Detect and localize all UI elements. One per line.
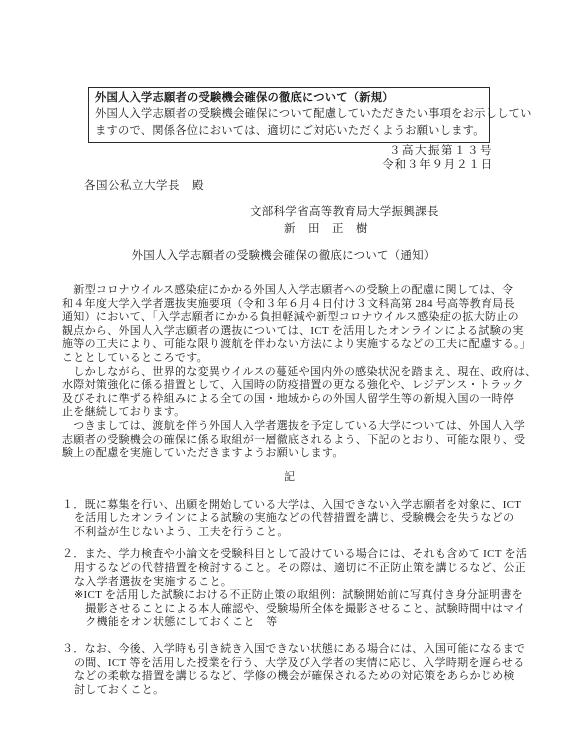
text-line: 観点から、外国人入学志願者の選抜については、ICT を活用したオンラインによる試… <box>62 325 517 339</box>
text-line: 通知）において、「入学志願者にかかる負担軽減や新型コロナウイルス感染症の拡大防止… <box>62 311 517 325</box>
text-line: ３．なお、今後、入学時も引き続き入国できない状態にある場合には、入国可能になるま… <box>62 643 517 657</box>
text-line: 志願者の受験機会の確保に係る取組が一層徹底されるよう、下記のとおり、可能な限り、… <box>62 434 517 448</box>
text-line: 止を継続しております。 <box>62 406 517 420</box>
text-line: ２．また、学力検査や小論文を受験科目として設けている場合には、それも含めて IC… <box>62 548 517 562</box>
text-line: 験上の配慮を実施していただきますようお願いします。 <box>62 447 517 461</box>
text-line: ますので、関係各位においては、適切にご対応いただくようお願いします。 <box>95 123 483 139</box>
issue-date: 令和３年９月２１日 <box>382 156 493 172</box>
list-item-1: １．既に募集を行い、出願を開始している大学は、入国できない入学志願者を対象に、I… <box>62 499 517 540</box>
text-line: ※ICT を活用した試験における不正防止策の取組例：試験開始前に写真付き身分証明… <box>62 589 517 603</box>
list-item-2: ２．また、学力検査や小論文を受験科目として設けている場合には、それも含めて IC… <box>62 548 517 630</box>
text-line: を活用したオンラインによる試験の実施などの代替措置を講じ、受験機会を失うなどの <box>62 512 517 526</box>
list-item-3: ３．なお、今後、入学時も引き続き入国できない状態にある場合には、入国可能になるま… <box>62 643 517 697</box>
text-line: １．既に募集を行い、出願を開始している大学は、入国できない入学志願者を対象に、I… <box>62 499 517 513</box>
addressee: 各国公私立大学長 殿 <box>84 177 204 193</box>
text-line: の間、ICT 等を活用した授業を行う、大学及び入学者の実情に応じ、入学時期を遅ら… <box>62 657 517 671</box>
text-line: つきましては、渡航を伴う外国人入学者選抜を予定している大学については、外国人入学 <box>62 420 517 434</box>
notice-box-text: 外国人入学志願者の受験機会確保について配慮していただきたい事項をお示ししています… <box>95 106 483 139</box>
sender-title: 文部科学省高等教育局大学振興課長 <box>250 203 439 219</box>
text-line: 新型コロナウイルス感染症にかかる外国人入学志願者への受験上の配慮に関しては、令 <box>62 284 517 298</box>
text-line: 用するなどの代替措置を検討すること。その際は、適切に不正防止策を講じるなど、公正 <box>62 562 517 576</box>
text-line: しかしながら、世界的な変異ウイルスの蔓延や国内外の感染状況を踏まえ、現在、政府は… <box>62 366 517 380</box>
sender-name: 新 田 正 樹 <box>284 220 368 236</box>
text-line: 討しておくこと。 <box>62 684 517 698</box>
text-line: こととしているところです。 <box>62 352 517 366</box>
text-line: ク機能をオン状態にしておくこと 等 <box>62 616 517 630</box>
text-line: 施等の工夫により、可能な限り渡航を伴わない方法により実施するなどの工夫に配慮する… <box>62 338 517 352</box>
document-page: 外国人入学志願者の受験機会確保の徹底について（新規） 外国人入学志願者の受験機会… <box>0 0 567 751</box>
body-paragraph-2: しかしながら、世界的な変異ウイルスの蔓延や国内外の感染状況を踏まえ、現在、政府は… <box>62 366 517 420</box>
text-line: な入学者選抜を実施すること。 <box>62 576 517 590</box>
text-line: 及びそれに準ずる枠組みによる全ての国・地域からの外国人留学生等の新規入国の一時停 <box>62 393 517 407</box>
notice-box: 外国人入学志願者の受験機会確保の徹底について（新規） 外国人入学志願者の受験機会… <box>88 87 490 143</box>
body-paragraph-1: 新型コロナウイルス感染症にかかる外国人入学志願者への受験上の配慮に関しては、令和… <box>62 284 517 366</box>
text-line: 外国人入学志願者の受験機会確保について配慮していただきたい事項をお示ししてい <box>95 106 483 122</box>
body-text: 新型コロナウイルス感染症にかかる外国人入学志願者への受験上の配慮に関しては、令和… <box>62 284 517 461</box>
record-block: 記 １．既に募集を行い、出願を開始している大学は、入国できない入学志願者を対象に… <box>62 471 517 697</box>
text-line: 撮影させることによる本人確認や、受験場所全体を撮影させること、試験時間中はマイ <box>62 603 517 617</box>
text-line: などの柔軟な措置を講じるなど、学修の機会が確保されるための対応策をあらかじめ検 <box>62 670 517 684</box>
subject-title: 外国人入学志願者の受験機会確保の徹底について（通知） <box>0 247 567 263</box>
record-marker: 記 <box>62 471 517 485</box>
text-line: 和４年度大学入学者選抜実施要項（令和３年６月４日付け３文科高第 284 号高等教… <box>62 298 517 312</box>
notice-box-heading: 外国人入学志願者の受験機会確保の徹底について（新規） <box>95 90 483 106</box>
body-paragraph-3: つきましては、渡航を伴う外国人入学者選抜を予定している大学については、外国人入学… <box>62 420 517 461</box>
text-line: 不利益が生じないよう、工夫を行うこと。 <box>62 526 517 540</box>
text-line: 水際対策強化に係る措置として、入国時の防疫措置の更なる強化や、レジデンス・トラッ… <box>62 379 517 393</box>
